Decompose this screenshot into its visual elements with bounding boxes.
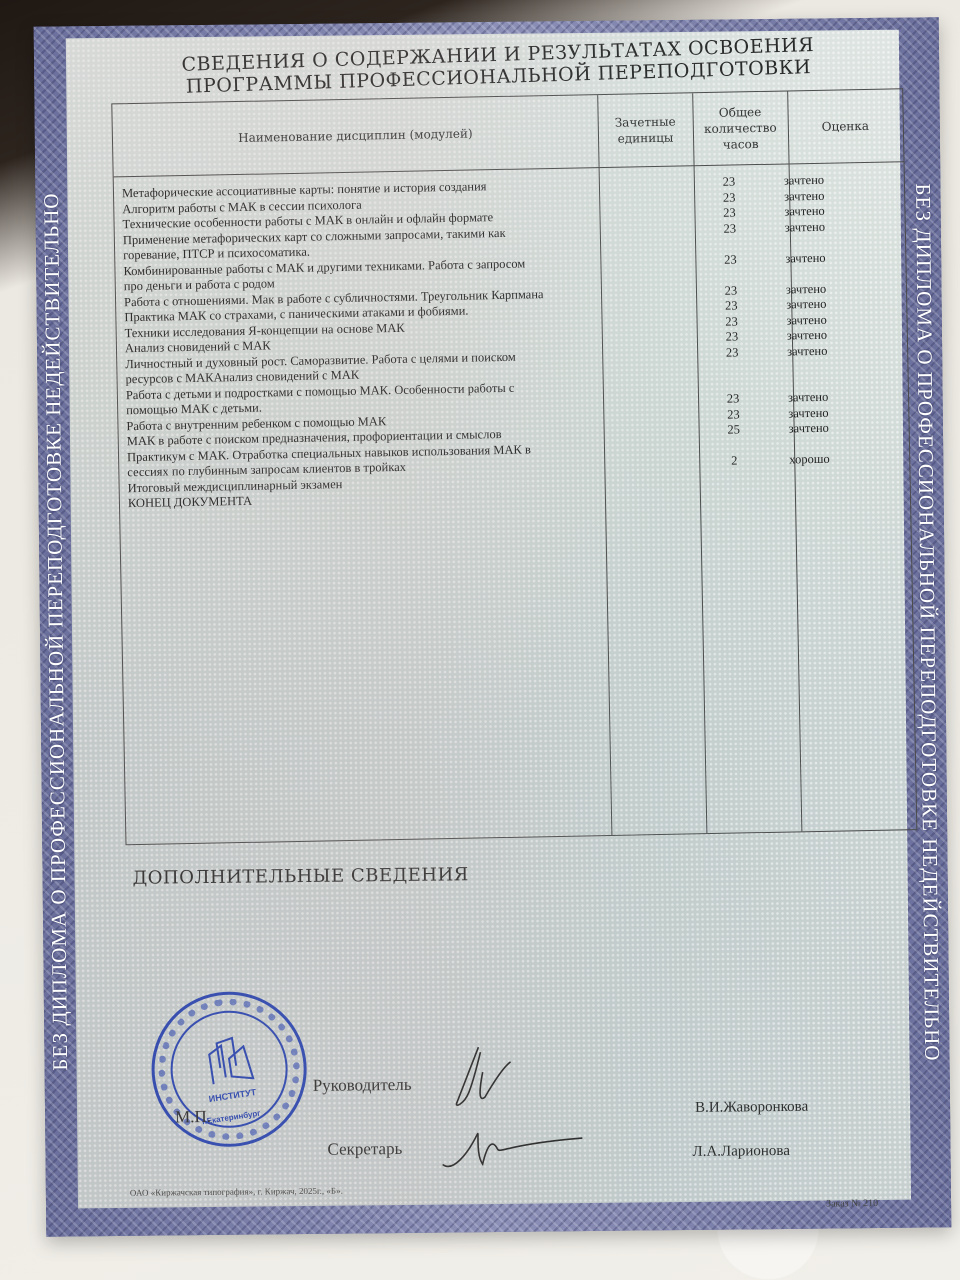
secretary-label: Секретарь (327, 1139, 402, 1160)
document-page: СВЕДЕНИЯ О СОДЕРЖАНИИ И РЕЗУЛЬТАТАХ ОСВО… (66, 30, 911, 1209)
header-hours: Общее количество часов (692, 91, 788, 165)
head-name: В.И.Жаворонкова (695, 1099, 808, 1117)
hours-value: 23 (695, 220, 765, 237)
hours-value (699, 468, 769, 469)
hours-value (699, 437, 769, 438)
hours-value (700, 484, 770, 485)
hours-value: 25 (699, 422, 769, 439)
hours-value: 23 (696, 313, 766, 330)
head-label: Руководитель (313, 1075, 412, 1096)
hours-value: 23 (695, 251, 765, 268)
hours-value: 2 (699, 453, 769, 470)
certificate-sheet: БЕЗ ДИПЛОМА О ПРОФЕССИОНАЛЬНОЙ ПЕРЕПОДГО… (34, 17, 952, 1236)
hours-value: 23 (696, 298, 766, 315)
hours-value (697, 360, 767, 361)
secretary-name: Л.А.Ларионова (692, 1143, 790, 1161)
order-number: Заказ № 210 (826, 1198, 878, 1210)
hours-value: 23 (694, 205, 764, 222)
header-grade: Оценка (787, 89, 903, 163)
seal-label: М.П. (175, 1107, 211, 1127)
hours-value: 23 (697, 329, 767, 346)
hours-value: 23 (694, 174, 764, 191)
hours-value: 23 (694, 189, 764, 206)
document-title: СВЕДЕНИЯ О СОДЕРЖАНИИ И РЕЗУЛЬТАТАХ ОСВО… (178, 34, 819, 98)
hours-value: 23 (697, 344, 767, 361)
official-stamp: ИНСТИТУТ г.Екатеринбург (141, 981, 317, 1157)
header-discipline-name: Наименование дисциплин (модулей) (112, 95, 598, 176)
hours-value: 23 (696, 282, 766, 299)
head-signature-icon (448, 1042, 519, 1113)
header-credits: Зачетные единицы (597, 93, 693, 167)
printer-info: ОАО «Киржачская типография», г. Киржач, … (130, 1186, 343, 1198)
additional-info-heading: ДОПОЛНИТЕЛЬНЫЕ СВЕДЕНИЯ (133, 864, 469, 889)
hours-value (698, 375, 768, 376)
secretary-signature-icon (437, 1123, 588, 1175)
hours-value: 23 (698, 406, 768, 423)
table-body: Метафорические ассоциативные карты: поня… (114, 171, 910, 512)
disciplines-table: Наименование дисциплин (модулей) Зачетны… (111, 88, 917, 845)
hours-value: 23 (698, 391, 768, 408)
institute-logo-icon (202, 1033, 259, 1090)
hours-value (696, 267, 766, 268)
hours-value (695, 236, 765, 237)
